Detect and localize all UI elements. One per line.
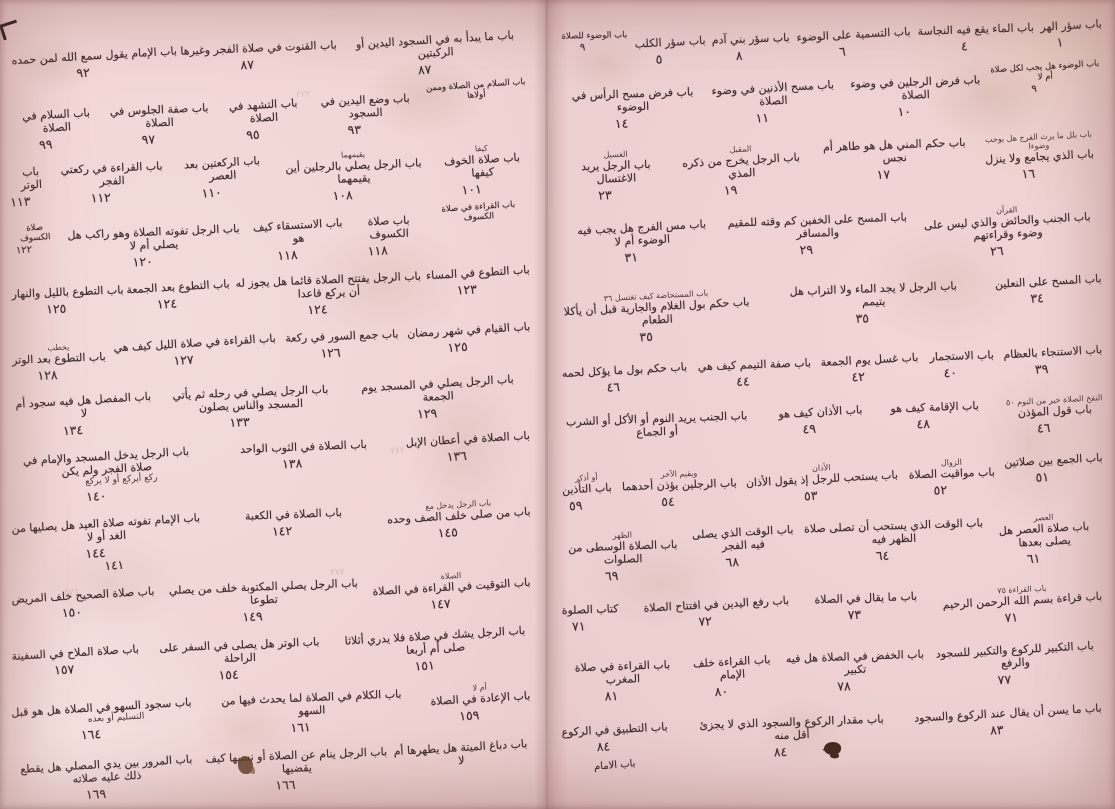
toc-entry: باب الإمام تفوته صلاة العيد هل يصليها من…: [11, 512, 204, 580]
bab-page-number: ١٦٦: [275, 777, 296, 793]
manuscript-spread: باب ما يبدأ به في السجود اليدين أو الركب…: [0, 0, 1115, 809]
toc-entry: باب التسمية على الوضوء٦: [796, 26, 911, 61]
toc-row: باب بلل ما يرث الفرج هل يوجب وضوءاباب ال…: [561, 131, 1104, 204]
toc-row: باب الصلاة في أعطان الإبل١٣٦باب الصلاة ف…: [11, 431, 532, 507]
toc-entry: باب التطوع في المساء١٢٣: [426, 264, 531, 299]
bab-title: باب سؤر بني آدم: [712, 32, 790, 48]
bab-page-number: ١٥٤: [219, 666, 240, 682]
bab-page-number: ١٣٦: [446, 448, 467, 464]
toc-entry: باب الصلاة في الثوب الواحد١٣٨: [240, 439, 368, 473]
bab-title: باب مس الفرج هل يجب فيه الوضوء أم لا: [561, 217, 723, 252]
toc-entry: الأذانباب يستحب للرجل إذ يقول الأذان٥٣: [746, 461, 900, 507]
bab-title-continuation: ركع أيركع أو لا يركع: [85, 474, 158, 488]
bab-page-number: ١٢٤: [307, 302, 328, 318]
toc-entry: باب الوضوء هل يجب لكل صلاة أم لا٩: [987, 58, 1103, 97]
toc-entry: باب الجمع بين صلاتين٥١: [1004, 452, 1104, 486]
toc-entry: باب القراءة خلف الإمام٨٠: [683, 654, 782, 701]
toc-entry-superscript: ويقيم الآخر: [660, 470, 697, 480]
toc-entry: باب الرجل لا يجد الماء ولا التراب هل يتي…: [778, 280, 969, 329]
toc-entry: باب الصلاة في أعطان الإبل١٣٦: [405, 430, 531, 466]
bab-title: باب الصلاة في أعطان الإبل: [405, 430, 530, 450]
toc-row: باب المسح على النعلين٣٤باب الرجل لا يجد …: [561, 274, 1104, 347]
left-page-entries: باب ما يبدأ به في السجود اليدين أو الركب…: [12, 42, 531, 793]
bab-title: باب الإمام تفوته صلاة العيد هل يصليها من…: [11, 512, 202, 549]
toc-entry: باب التشهد في الصلاة٩٥: [218, 96, 310, 143]
bab-title: باب الرجل يصلي بالرجلين أين يقيمهما: [273, 157, 436, 189]
bab-page-number: ٨٠: [714, 684, 728, 700]
toc-entry: باب المستحاضة كيف تغتسل ٣٦باب حكم بول ال…: [561, 287, 753, 348]
toc-entry: باب الرجل يشك في صلاة فلا يدري أثلاثا صل…: [340, 624, 532, 677]
bab-title: باب التطوع بعد الجمعة: [126, 279, 230, 298]
toc-entry: باب الرجل ينام عن الصلاة أو نسيها كيف يق…: [201, 746, 393, 796]
toc-row: باب ما يسن أن يقال عند الركوع والسجود٨٣ب…: [561, 704, 1103, 769]
toc-row: باب القراءة ٧٥باب قراءة بسم الله الرحمن …: [561, 583, 1103, 643]
toc-entry: باب القراءة في صلاة الليل كيف هي١٢٧: [114, 333, 278, 372]
catchword: باب الامام: [594, 758, 636, 773]
bab-page-number: ١٠٨: [333, 187, 354, 203]
toc-entry: أو أذكرباب التأذين٥٩: [561, 473, 613, 513]
bab-title: باب غسل يوم الجمعة: [821, 352, 919, 370]
toc-entry: باب ما يقال في الصلاة٧٣: [815, 591, 919, 624]
bab-title: باب فرض مسح الرأس في الوضوء: [562, 85, 705, 116]
bab-page-number: ٣٥: [855, 310, 869, 325]
toc-entry-superscript: أو أذكر: [575, 474, 598, 484]
toc-entry: باب التطوع بالليل والنهار١٢٥: [11, 285, 124, 318]
toc-entry: باب القراءة ٧٥باب قراءة بسم الله الرحمن …: [942, 582, 1103, 628]
bab-page-number: ٧٣: [848, 607, 862, 622]
bab-title: باب الصلاة الوسطى من الصلوات: [562, 538, 685, 568]
toc-entry: باب الماء يقع فيه النجاسة٤: [918, 22, 1035, 55]
toc-entry-superscript: القرآن: [996, 206, 1018, 216]
bab-title: باب الوتر هل يصلى في السفر على الراحلة: [145, 635, 336, 669]
toc-row: باب التكبير للركوع والتكبير للسجود والرف…: [561, 641, 1103, 706]
toc-entry: باب القنوت في صلاة الفجر وغيرها٨٧: [180, 39, 337, 74]
bab-title: باب فرض الرجلين في وضوء الصلاة: [842, 74, 989, 105]
toc-entry: باب الرجل يصلي في المسجد يوم الجمعة١٢٩: [345, 373, 532, 426]
toc-entry: باب الخفض في الصلاة هل فيه تكبير٧٨: [780, 649, 930, 696]
bab-page-number: ٦٩: [605, 567, 619, 582]
toc-row: النفخ الصلاة خير من النوم ٥٠باب قول المؤ…: [561, 395, 1103, 455]
left-page: باب ما يبدأ به في السجود اليدين أو الركب…: [0, 0, 545, 809]
toc-entry-superscript: الأذان: [812, 464, 831, 474]
toc-entry: باب بلل ما يرث الفرج هل يوجب وضوءاباب ال…: [976, 130, 1104, 183]
bab-page-number: ٤٠: [943, 365, 957, 380]
bab-page-number: ١٥٠: [61, 604, 82, 620]
toc-entry: النفخ الصلاة خير من النوم ٥٠باب قول المؤ…: [1005, 394, 1103, 437]
bab-title: باب التطوع في المساء: [426, 264, 530, 283]
toc-entry: باب الوتر١١٣: [11, 165, 52, 209]
bab-page-number: ١٢٢: [16, 244, 33, 256]
bab-title: باب المسح على النعلين: [995, 273, 1102, 292]
toc-entry: باب الرجل يدخل معباب من صلى خلف الصف وحد…: [386, 496, 531, 542]
bab-title: باب القراءة في صلاة الليل كيف هي: [114, 333, 277, 356]
bab-page-number: ١٢٣: [457, 282, 478, 298]
toc-entry: باب الركعتين بعد العصر١١٠: [172, 155, 274, 203]
bab-title: باب ما يسن أن يقال عند الركوع والسجود: [914, 702, 1102, 725]
bab-title: باب القنوت في صلاة الفجر وغيرها: [180, 39, 337, 58]
bab-title: باب صلاة الكسوف: [348, 214, 430, 243]
bab-title: باب الوقت الذي يصلى فيه الفجر: [683, 523, 803, 555]
toc-entry: باب التطبيق في الركوع٨٤: [561, 721, 669, 756]
bab-title: باب الماء يقع فيه النجاسة: [918, 22, 1035, 39]
toc-entry: باب صفة الجلوس في الصلاة٩٧: [101, 102, 220, 149]
toc-entry: القرآنباب الجنب والحائض والذي ليس على وض…: [912, 201, 1104, 262]
bab-page-number: ١٤٩: [242, 609, 263, 625]
toc-entry: باب فرض مسح الرأس في الوضوء١٤: [562, 85, 705, 132]
bab-title: باب التطبيق في الركوع: [561, 721, 668, 740]
bab-page-number: ٣٥: [639, 328, 653, 344]
bab-page-number: ١٦٤: [81, 726, 102, 742]
bab-page-number: ١١٨: [277, 246, 298, 262]
toc-entry: باب حكم بول ما يؤكل لحمه٤٦: [562, 362, 689, 398]
toc-entry: باب الرجل يدخل المسجد والإمام في صلاة ال…: [11, 445, 204, 508]
bab-title: باب التسمية على الوضوء: [796, 26, 911, 45]
toc-entry: باب الجنب يريد النوم أو الأكل أو الشرب أ…: [562, 410, 753, 443]
bab-page-number: ١٩: [724, 182, 738, 198]
bab-page-number: ١٥٧: [54, 661, 75, 677]
toc-entry: باب الوقت الذي يصلى فيه الفجر٦٨: [683, 523, 804, 571]
toc-entry: باب القراءة في صلاة المغرب٨١: [561, 659, 684, 705]
bab-title: باب صفة التيمم كيف هي: [697, 358, 811, 375]
bab-page-number: ١٣٣: [229, 414, 250, 430]
toc-entry-superscript: يقيمهما: [341, 151, 365, 161]
bab-page-number: ١٥١: [414, 657, 435, 673]
toc-entry: باب مقدار الركوع والسجود الذي لا يجزئ أق…: [696, 713, 887, 762]
bab-page-number: ٨٧: [417, 61, 431, 77]
bab-title: باب الرجل يفتتح الصلاة قائما هل يجوز له …: [233, 271, 424, 305]
bab-title: باب الاستجمار: [929, 350, 994, 365]
bab-page-number: ٧٨: [836, 679, 850, 694]
toc-entry-superscript: المقبل: [730, 145, 752, 155]
toc-entry: صلاة الكسوف١٢٢: [11, 221, 61, 256]
bab-title: باب ما يقال في الصلاة: [815, 591, 918, 608]
bab-title: باب الرجل يصلي في المسجد يوم الجمعة: [345, 373, 531, 410]
bab-page-number: ١٦: [1022, 165, 1036, 181]
right-page-entries: باب سؤر الهر١باب الماء يقع فيه النجاسة٤ب…: [562, 30, 1103, 757]
bab-page-number: ٢٩: [799, 241, 813, 256]
toc-entry: باب الكلام في الصلاة لما يحدث فيها من ال…: [216, 689, 408, 739]
toc-row: باب دباغ الميتة هل يطهرها أم لاباب الرجل…: [11, 739, 531, 805]
bab-title: باب الرجلين يؤذن أحدهما: [622, 477, 737, 494]
bab-page-number: ٤٩: [803, 421, 817, 437]
bab-title: باب الركعتين بعد العصر: [172, 155, 273, 187]
bab-page-number: ٨٤: [773, 744, 787, 759]
bab-page-number: ٩٣: [347, 121, 361, 137]
toc-entry-superscript: الظهر: [613, 531, 633, 540]
bab-title: باب القراءة خلف الإمام: [683, 654, 781, 685]
toc-entry: باب مس الفرج هل يجب فيه الوضوء أم لا٣١: [561, 217, 724, 268]
toc-entry: باب فرض الرجلين في وضوء الصلاة١٠: [842, 74, 989, 121]
bab-page-number: ١٦٩: [85, 786, 106, 802]
bab-page-number: ٣١: [624, 249, 638, 265]
bab-page-number: ٩٧: [142, 131, 156, 147]
bab-page-number: ١٠١: [462, 181, 483, 197]
bab-page-number: ١٤١: [104, 557, 124, 572]
bab-title: باب الصلاة في الكعبة: [245, 507, 342, 524]
bab-title: باب صلاة الخوف كيفها: [434, 151, 531, 183]
toc-entry: يخطبباب التطوع بعد الوتر١٢٨: [12, 342, 107, 383]
bab-title: باب المسح على الخفين كم وقته للمقيم والم…: [722, 211, 913, 244]
bab-title: باب سؤر الكلب: [634, 35, 706, 52]
bab-title: باب السلام من الصلاة وممن أولاها: [421, 76, 531, 103]
toc-entry: باب السلام في الصلاة٩٩: [11, 106, 103, 153]
toc-entry: باب المفصل هل فيه سجود أم لا١٣٤: [11, 391, 157, 441]
toc-row: العصرباب صلاة العصر هل يصلى بعدها٦١باب ا…: [561, 511, 1104, 584]
bab-page-number: ١٠: [897, 103, 911, 118]
bab-page-number: ٩٥: [246, 126, 260, 142]
toc-entry: باب الإمام يقول سمع الله لمن حمده٩٢: [11, 45, 178, 84]
toc-entry: باب الأذان كيف هو٤٩: [778, 404, 863, 437]
bab-page-number: ٦٤: [876, 547, 890, 562]
bab-title: باب المرور بين يدي المصلي هل يقطع ذلك عل…: [11, 753, 202, 790]
toc-entry: باب الرجل يفتتح الصلاة قائما هل يجوز له …: [233, 271, 425, 321]
toc-entry: كيفاباب صلاة الخوف كيفها١٠١: [434, 142, 532, 198]
bab-page-number: ١٤٤: [85, 544, 106, 560]
bab-title: باب الإعادة في الصلاة: [430, 690, 530, 709]
bab-title: باب التطوع بعد الوتر: [12, 351, 106, 368]
toc-entry: باب سؤر الكلب٥: [634, 35, 706, 68]
toc-entry: باب الاستسقاء كيف هو١١٨: [248, 216, 350, 264]
bab-page-number: ٨: [736, 48, 743, 63]
toc-entry: أم لاباب الإعادة في الصلاة١٥٩: [430, 682, 532, 726]
bab-page-number: ١٤٢: [272, 522, 293, 538]
bab-page-number: ٤٨: [916, 416, 930, 431]
bab-title: باب مقدار الركوع والسجود الذي لا يجزئ أق…: [696, 713, 887, 746]
toc-entry: باب سجود السهو في الصلاة هل هو قبلالتسلي…: [11, 697, 193, 746]
toc-entry: باب الرجل يصلي في رحله ثم يأتي المسجد وا…: [155, 384, 347, 434]
bab-page-number: ١٤٥: [437, 524, 458, 540]
bab-page-number: ١١٣: [10, 194, 31, 210]
bab-title: باب حكم المني هل هو طاهر أم نجس: [812, 137, 977, 169]
toc-entry: كتاب الصلوة٧١: [562, 603, 620, 634]
bab-page-number: ٩٩: [39, 136, 53, 152]
toc-row: باب القراءة في صلاة الكسوفباب صلاة الكسو…: [11, 208, 531, 274]
bab-title: باب ما يبدأ به في السجود اليدين أو الركب…: [340, 29, 531, 66]
toc-entry: باب صلاة الكسوف١١٨: [348, 214, 430, 259]
toc-entry: باب الرجل تفوته الصلاة وهو راكب هل يصلي …: [59, 222, 251, 272]
toc-row: باب الرجل يشك في صلاة فلا يدري أثلاثا صل…: [11, 626, 531, 692]
bab-title: باب صلاة العصر هل يصلى بعدها: [985, 519, 1104, 551]
bab-page-number: ٥٣: [804, 488, 818, 504]
ink-blot: [238, 756, 253, 774]
bab-page-number: ١٢٠: [133, 253, 154, 269]
bab-title-continuation: التسليم أو بعده: [88, 713, 145, 726]
bab-title: باب القراءة في صلاة الكسوف: [428, 198, 531, 225]
toc-entry: باب ما يبدأ به في السجود اليدين أو الركب…: [340, 29, 532, 82]
bab-page-number: ١١٠: [202, 185, 223, 201]
bab-page-number: ٦١: [1026, 550, 1040, 566]
bab-title: باب السلام في الصلاة: [11, 106, 102, 137]
toc-row: باب القيام في شهر رمضان١٢٥باب جمع السور …: [11, 322, 531, 384]
bab-page-number: ٦: [839, 44, 847, 59]
bab-page-number: ٤٦: [606, 379, 620, 395]
bab-title: باب الرجل يشك في صلاة فلا يدري أثلاثا صل…: [340, 624, 531, 661]
bab-title: باب حكم بول ما يؤكل لحمه: [562, 362, 688, 382]
bab-page-number: ١٧: [877, 167, 891, 182]
bab-page-number: ١٦١: [290, 720, 311, 736]
bab-title: باب القيام في شهر رمضان: [407, 321, 531, 341]
toc-entry: الغسيلباب الرجل يريد الاغتسال٢٣: [561, 149, 671, 203]
bab-page-number: ١٤٠: [86, 488, 107, 504]
bab-page-number: ٥: [655, 51, 663, 66]
bab-title: باب التشهد في الصلاة: [218, 96, 310, 127]
bab-page-number: ١٢٤: [157, 296, 178, 312]
right-page: باب سؤر الهر١باب الماء يقع فيه النجاسة٤ب…: [548, 0, 1115, 809]
bab-title: باب المفصل هل فيه سجود أم لا: [11, 391, 156, 425]
bab-page-number: ٢٦: [990, 242, 1004, 258]
toc-entry: باب السلام من الصلاة وممن أولاها: [421, 76, 531, 103]
bab-page-number: ٤٦: [1036, 420, 1050, 436]
toc-entry: باب القراءة في صلاة الكسوف: [428, 198, 531, 225]
bab-page-number: ٩٢: [76, 65, 90, 81]
toc-entry-superscript: الصلاة: [440, 572, 461, 582]
toc-entry: باب المسح على الخفين كم وقته للمقيم والم…: [722, 211, 913, 260]
bab-title: باب مسح الأذنين في وضوء الصلاة: [703, 78, 843, 111]
toc-row: باب الرجل يدخل معباب من صلى خلف الصف وحد…: [11, 497, 532, 578]
bab-page-number: ١١٢: [90, 190, 111, 206]
bab-page-number: ١٢٥: [447, 339, 468, 355]
bab-title: باب الوضوء هل يجب لكل صلاة أم لا: [987, 58, 1102, 85]
bab-page-number: ٨١: [604, 688, 618, 703]
toc-entry: الزوالباب مواقيت الصلاة٥٢: [908, 458, 995, 499]
toc-entry-superscript: كيفا: [475, 145, 488, 155]
toc-entry: باب الصلاة في الكعبة١٤٢: [245, 507, 343, 540]
toc-entry: المقبلباب الرجل يخرج من ذكره المذي١٩: [669, 142, 815, 200]
toc-entry: باب الوضوء للصلاة٩: [561, 30, 627, 54]
bab-title: باب الاستسقاء كيف هو: [248, 216, 349, 248]
bab-title: باب صفة الجلوس في الصلاة: [101, 102, 219, 133]
bab-title: باب الإمام يقول سمع الله لمن حمده: [11, 45, 177, 68]
toc-entry: باب حكم المني هل هو طاهر أم نجس١٧: [812, 137, 977, 185]
bab-page-number: ١٢٦: [320, 345, 341, 361]
toc-entry: باب التكبير للركوع والتكبير للسجود والرف…: [928, 640, 1104, 691]
bab-title: باب رفع اليدين في افتتاح الصلاة: [643, 595, 789, 616]
bab-title: باب صلاة الصحيح خلف المريض: [11, 586, 155, 607]
toc-row: القرآنباب الجنب والحائض والذي ليس على وض…: [561, 202, 1104, 275]
toc-entry: باب الرجل يصلي المكتوبة خلف من يصلي تطوع…: [168, 578, 360, 628]
bab-page-number: ٥١: [1035, 469, 1049, 485]
bab-page-number: ١٣٤: [62, 422, 83, 438]
toc-entry: باب ما يسن أن يقال عند الركوع والسجود٨٣: [914, 702, 1103, 741]
toc-row: الصلاةباب التوقيت في القراءة في الصلاة١٤…: [11, 569, 531, 635]
bab-page-number: ١٤: [615, 115, 629, 130]
toc-entry: باب المرور بين يدي المصلي هل يقطع ذلك عل…: [11, 753, 203, 806]
bab-page-number: ١٢٨: [37, 367, 58, 383]
bab-title: باب الجنب يريد النوم أو الأكل أو الشرب أ…: [562, 410, 753, 443]
toc-entry: باب رفع اليدين في افتتاح الصلاة٧٢: [643, 595, 790, 632]
toc-row: باب الاستنجاء بالعظام٣٩باب الاستجمار٤٠با…: [562, 345, 1104, 397]
toc-entry: باب جمع السور في ركعة١٢٦: [285, 328, 399, 361]
bab-title: باب الإقامة كيف هو: [890, 400, 979, 416]
bab-title: باب سؤر الهر: [1041, 18, 1103, 34]
bab-page-number: ١: [1057, 34, 1065, 49]
bab-title: باب الرجل يريد الاغتسال: [562, 158, 671, 188]
bab-page-number: ١٢٥: [46, 301, 67, 317]
bab-title: باب الرجل يصلي المكتوبة خلف من يصلي تطوع…: [168, 578, 359, 612]
bab-page-number: ٣٩: [1035, 361, 1049, 377]
bab-title: باب الأذان كيف هو: [778, 404, 863, 421]
toc-entry: باب القراءة في ركعتي الفجر١١٢: [50, 160, 174, 207]
toc-entry: باب صلاة الصحيح خلف المريض١٥٠: [11, 586, 156, 623]
bab-title: باب الرجل لا يجد الماء ولا التراب هل يتي…: [778, 280, 969, 313]
bab-title: باب القراءة في ركعتي الفجر: [50, 160, 173, 191]
bab-title: باب الخفض في الصلاة هل فيه تكبير: [780, 649, 930, 680]
bab-title: باب التكبير للركوع والتكبير للسجود والرف…: [928, 640, 1103, 675]
toc-row: باب الجمع بين صلاتين٥١الزوالباب مواقيت ا…: [561, 453, 1103, 513]
toc-entry: ويقيم الآخرباب الرجلين يؤذن أحدهما٥٤: [621, 469, 737, 511]
bab-title: باب الوضوء للصلاة: [561, 30, 627, 42]
toc-row: باب التطوع في المساء١٢٣باب الرجل يفتتح ا…: [11, 265, 531, 331]
bab-title: باب الرجل ينام عن الصلاة أو نسيها كيف يق…: [201, 746, 392, 780]
bab-page-number: ٧١: [1005, 609, 1019, 625]
bab-page-number: ٥٤: [661, 494, 675, 509]
bab-title: باب الوقت الذي يستحب أن تصلى صلاة الظهر …: [802, 517, 985, 549]
bab-page-number: ١١٨: [367, 242, 388, 258]
bab-page-number: ١٢٧: [174, 352, 195, 368]
bab-page-number: ٨٣: [990, 722, 1004, 738]
bab-title: صلاة الكسوف: [11, 221, 60, 244]
bab-page-number: ٧٢: [698, 613, 712, 629]
toc-entry: باب سؤر الهر١: [1041, 18, 1104, 50]
toc-entry-superscript: يخطب: [47, 344, 69, 354]
toc-entry: باب صلاة الملاح في السفينة١٥٧: [11, 643, 140, 679]
toc-entry: الصلاةباب التوقيت في القراءة في الصلاة١٤…: [372, 568, 532, 615]
bab-page-number: ٩: [1031, 83, 1037, 94]
bab-page-number: ٥٩: [569, 498, 583, 514]
bab-page-number: ١٢٩: [417, 406, 438, 422]
bab-page-number: ٨٧: [240, 57, 254, 73]
toc-entry: يقيمهماباب الرجل يصلي بالرجلين أين يقيمه…: [272, 148, 436, 205]
toc-entry: العصرباب صلاة العصر هل يصلى بعدها٦١: [984, 511, 1104, 568]
bab-page-number: ٧١: [572, 618, 586, 633]
toc-entry: باب الوقت الذي يستحب أن تصلى صلاة الظهر …: [802, 517, 986, 565]
bab-title: باب وضع اليدين في السجود: [308, 92, 423, 122]
toc-entry-superscript: الزوال: [940, 459, 961, 469]
toc-entry: باب الاستجمار٤٠: [929, 350, 994, 381]
bab-title: باب الجمع بين صلاتين: [1004, 452, 1103, 470]
toc-entry: باب غسل يوم الجمعة٤٢: [821, 352, 920, 386]
bab-page-number: ١٥٩: [459, 707, 480, 723]
toc-row: باب الوضوء هل يجب لكل صلاة أم لا٩باب فرض…: [561, 68, 1103, 133]
toc-entry: باب الاستنجاء بالعظام٣٩: [1003, 344, 1103, 378]
toc-entry-superscript: أم لا: [472, 684, 487, 694]
toc-entry: باب التطوع بعد الجمعة١٢٤: [126, 279, 231, 314]
toc-entry: باب صفة التيمم كيف هي٤٤: [697, 358, 811, 391]
toc-entry: باب مسح الأذنين في وضوء الصلاة١١: [703, 78, 844, 127]
bab-page-number: ٧٧: [998, 672, 1012, 688]
toc-entry: باب الإقامة كيف هو٤٨: [890, 400, 979, 432]
bab-title: باب حكم بول الغلام والجارية قبل أن يأكلا…: [561, 296, 752, 332]
bab-page-number: ١١: [755, 109, 769, 125]
bab-page-number: ١٣٨: [282, 456, 303, 472]
bab-page-number: ١٤٧: [430, 596, 451, 612]
bab-page-number: ٦٨: [725, 554, 739, 570]
toc-row: باب الرجل يصلي في المسجد يوم الجمعة١٢٩با…: [11, 374, 531, 440]
bab-page-number: ٤: [961, 38, 968, 53]
bab-title: باب الاستنجاء بالعظام: [1003, 344, 1102, 362]
bab-title: باب التأذين: [562, 482, 612, 498]
bab-page-number: ٨٤: [596, 738, 610, 754]
bab-title: باب جمع السور في ركعة: [285, 328, 399, 346]
toc-entry-superscript: العصر: [1033, 513, 1053, 523]
bab-title: باب الرجل يخرج من ذكره المذي: [670, 151, 814, 185]
toc-entry: باب وضع اليدين في السجود٩٣: [308, 92, 423, 138]
toc-entry-superscript: الغسيل: [603, 151, 627, 161]
bab-page-number: ٣٤: [1030, 290, 1044, 306]
bab-title: باب التطوع بالليل والنهار: [11, 285, 124, 302]
bab-title: كتاب الصلوة: [562, 603, 619, 618]
bab-title: باب الكلام في الصلاة لما يحدث فيها من ال…: [216, 689, 407, 723]
